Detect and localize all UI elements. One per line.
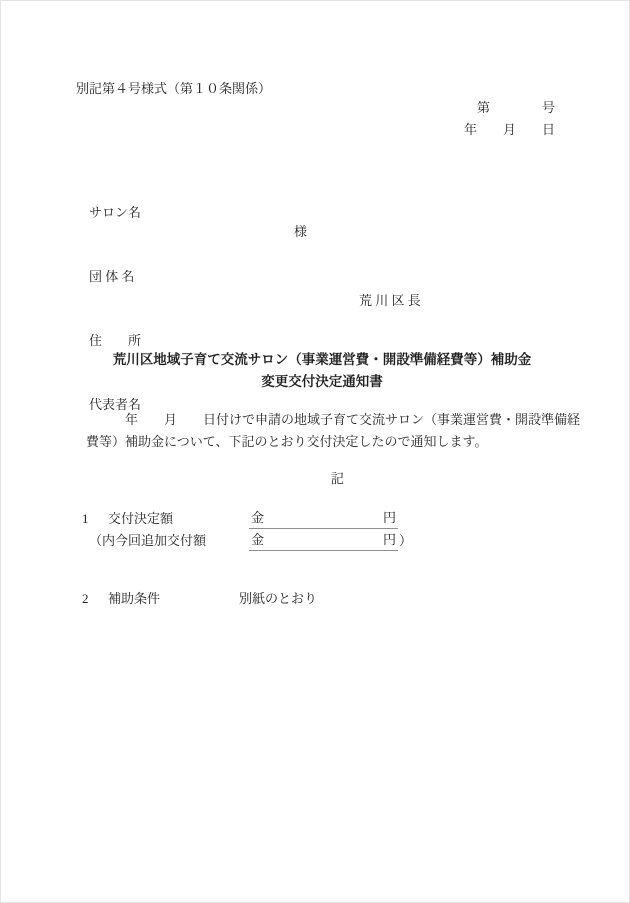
document-title-line1: 荒川区地域子育て交流サロン（事業運営費・開設準備経費等）補助金 xyxy=(1,350,629,370)
honorific-sama: 様 xyxy=(294,223,307,242)
organization-name-label: 団 体 名 xyxy=(89,266,141,287)
body-paragraph-line2: 費等）補助金について、下記のとおり交付決定したので通知します。 xyxy=(86,433,487,452)
item1-sub-amount-blank-field: 金 円 xyxy=(249,532,398,551)
item1-sub-close-paren: ） xyxy=(399,532,412,551)
item1-sub-label: （内今回追加交付額 xyxy=(89,532,206,551)
item1-amount-blank-field: 金 円 xyxy=(249,510,398,529)
item1-label: 交付決定額 xyxy=(108,510,173,529)
sender-arakawa-mayor: 荒 川 区 長 xyxy=(359,292,421,311)
item2-value: 別紙のとおり xyxy=(239,590,317,609)
document-title-line2: 変更交付決定通知書 xyxy=(1,372,629,392)
document-number-line: 第 号 xyxy=(477,99,555,118)
item2-label: 補助条件 xyxy=(108,590,160,609)
date-line: 年 月 日 xyxy=(464,121,555,140)
amount-prefix-kin: 金 xyxy=(251,532,264,547)
body-paragraph-line1: 年 月 日付けで申請の地域子育て交流サロン（事業運営費・開設準備経 xyxy=(86,411,580,430)
salon-name-label: サロン名 xyxy=(89,202,141,223)
form-style-note: 別記第４号様式（第１０条関係） xyxy=(76,80,271,99)
amount-prefix-kin: 金 xyxy=(251,510,264,525)
address-label: 住 所 xyxy=(89,330,141,351)
amount-suffix-yen: 円 xyxy=(383,510,396,525)
record-marker-ki: 記 xyxy=(331,470,344,489)
item2-number: 2 xyxy=(82,590,89,609)
amount-suffix-yen: 円 xyxy=(383,532,396,547)
document-page: 別記第４号様式（第１０条関係） 第 号 年 月 日 サロン名 団 体 名 住 所… xyxy=(0,0,630,903)
item1-number: 1 xyxy=(82,510,89,529)
